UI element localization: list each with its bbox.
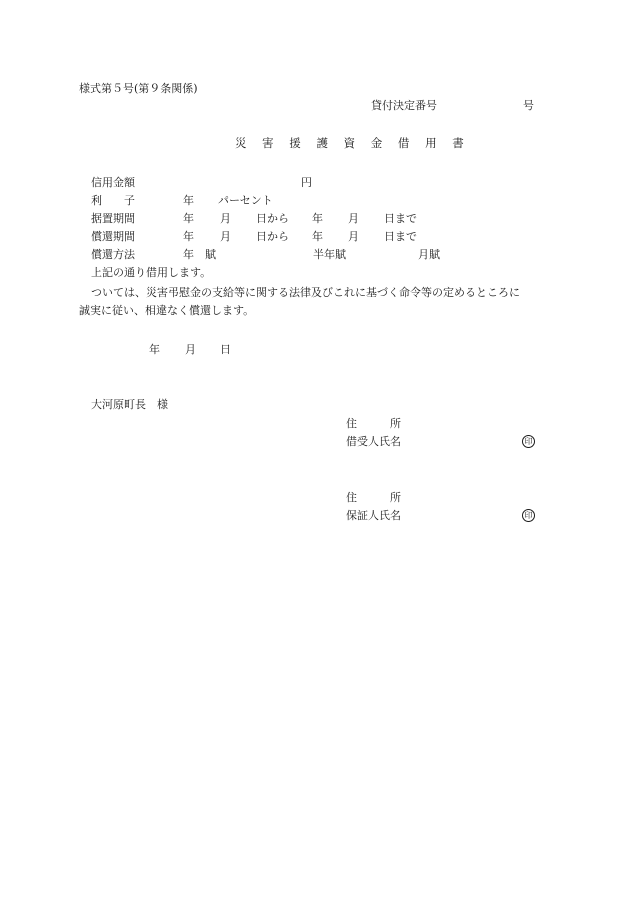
repayment-start-month: 月 xyxy=(220,230,231,243)
decision-number-label: 貸付決定番号 xyxy=(371,99,437,112)
repayment-start-year: 年 xyxy=(183,230,194,243)
body-line-1: 上記の通り借用します。 xyxy=(91,266,211,279)
deferment-end-day: 日まで xyxy=(384,212,417,225)
deferment-period-label: 据置期間 xyxy=(91,212,135,225)
deferment-start-month: 月 xyxy=(220,212,231,225)
deferment-end-year: 年 xyxy=(312,212,323,225)
interest-year: 年 xyxy=(183,194,194,207)
loan-amount-label: 信用金額 xyxy=(91,176,135,189)
addressee: 大河原町長 様 xyxy=(91,398,168,411)
borrower-name-label: 借受人氏名 xyxy=(346,435,401,448)
interest-label: 利 子 xyxy=(91,194,135,207)
repayment-end-month: 月 xyxy=(348,230,359,243)
repayment-end-day: 日まで xyxy=(384,230,417,243)
deferment-start-day: 日から xyxy=(256,212,289,225)
borrower-seal-icon: 印 xyxy=(522,435,535,448)
deferment-start-year: 年 xyxy=(183,212,194,225)
date-year: 年 xyxy=(149,343,160,356)
form-label: 様式第５号(第９条関係) xyxy=(79,82,198,95)
repayment-semiannual: 半年賦 xyxy=(313,248,346,261)
guarantor-name-label: 保証人氏名 xyxy=(346,509,401,522)
repayment-start-day: 日から xyxy=(256,230,289,243)
loan-amount-unit: 円 xyxy=(301,176,312,189)
decision-number-suffix: 号 xyxy=(523,99,534,112)
guarantor-seal-icon: 印 xyxy=(522,509,535,522)
repayment-monthly: 月賦 xyxy=(418,248,440,261)
document-title: 災 害 援 護 資 金 借 用 書 xyxy=(235,137,470,150)
interest-unit: パーセント xyxy=(218,194,273,207)
repayment-end-year: 年 xyxy=(312,230,323,243)
body-line-2: ついては、災害弔慰金の支給等に関する法律及びこれに基づく命令等の定めるところに xyxy=(91,286,520,299)
borrower-address-label: 住 所 xyxy=(346,417,401,430)
body-line-3: 誠実に従い、相違なく償還します。 xyxy=(79,304,254,317)
date-day: 日 xyxy=(220,343,231,356)
repayment-annual: 年 賦 xyxy=(183,248,216,261)
repayment-period-label: 償還期間 xyxy=(91,230,135,243)
deferment-end-month: 月 xyxy=(348,212,359,225)
guarantor-address-label: 住 所 xyxy=(346,491,401,504)
date-month: 月 xyxy=(185,343,196,356)
repayment-method-label: 償還方法 xyxy=(91,248,135,261)
